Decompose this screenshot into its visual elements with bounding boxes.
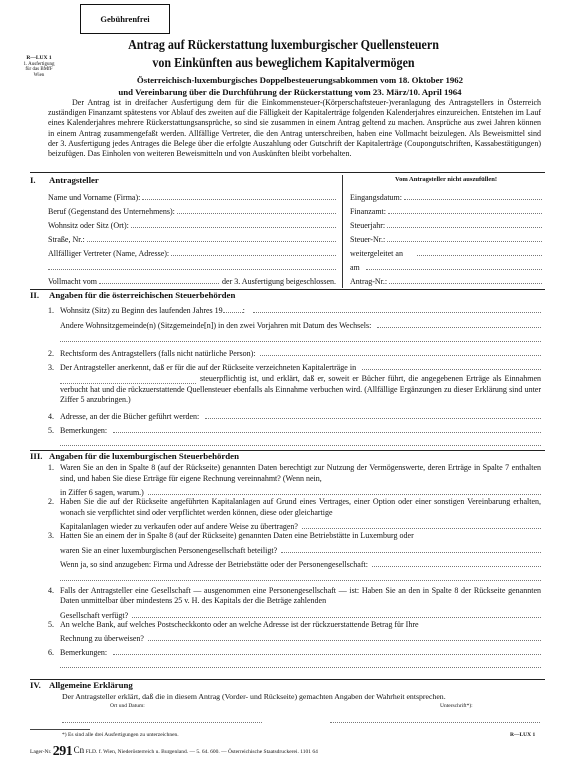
field-representative-cont[interactable] [48,258,336,272]
field-representative[interactable]: Allfälliger Vertreter (Name, Adresse): [48,244,336,258]
input-line[interactable] [281,552,541,553]
item-text: steuerpflichtig ist, und erklärt, daß er… [60,374,541,406]
field-occupation[interactable]: Beruf (Gegenstand des Unternehmens): [48,202,336,216]
item-label: Bemerkungen: [60,648,107,657]
imprint-line: Lager-Nr. 291 Cn FLD. f. Wien, Niederöst… [30,744,318,760]
item-number: 3. [48,363,60,372]
document-title: Antrag auf Rückerstattung luxemburgische… [40,38,528,54]
divider [30,172,545,173]
applicant-fields: Name und Vorname (Firma): Beruf (Gegenst… [48,188,336,286]
field-name[interactable]: Name und Vorname (Firma): [48,188,336,202]
field-label: Allfälliger Vertreter (Name, Adresse): [48,249,169,258]
item-label: waren Sie an einer luxemburgischen Perso… [60,546,277,555]
input-line[interactable] [60,667,541,668]
field-label: Eingangsdatum: [350,193,402,202]
document-subtitle-line-2: und Vereinbarung über die Durchführung d… [40,87,540,97]
section-3-body: 1. Waren Sie an den in Spalte 8 (auf der… [48,463,541,670]
signature-input[interactable] [330,722,540,723]
input-line[interactable] [48,269,336,270]
item-other-residence-cont[interactable] [48,330,541,344]
section-4-title: IV.Allgemeine Erklärung [30,680,133,690]
answer-3-details-cont[interactable] [60,569,541,583]
item-remarks-cont[interactable] [48,435,541,448]
footer-form-code: R—LUX 1 [510,732,535,738]
place-date-label: Ort und Datum: [110,703,145,709]
item-label: Bemerkungen: [60,426,107,435]
declaration-text: Der Antragsteller erklärt, daß die in di… [62,692,552,701]
input-line[interactable] [366,269,542,270]
input-line[interactable] [60,580,541,581]
stock-number: 291 [53,744,73,759]
question-4: 4. Falls der Antragsteller eine Gesellsc… [48,586,541,620]
field-label: Steuerjahr: [350,221,385,230]
input-line[interactable] [372,566,541,567]
instructions-paragraph: Der Antrag ist in dreifacher Ausfertigun… [48,98,541,159]
input-line[interactable] [388,213,542,214]
field-label: Antrag-Nr.: [350,277,387,286]
field-label: weitergeleitet an [350,249,403,258]
office-field-tax-number[interactable]: Steuer-Nr.: [350,230,542,244]
field-label: Finanzamt: [350,207,386,216]
question-2: 2. Haben Sie die auf der Rückseite angef… [48,497,541,531]
item-number: 6. [48,648,60,657]
office-field-date[interactable]: am [350,258,542,272]
section-1-number: I. [30,175,49,185]
instructions-text: Der Antrag ist in dreifacher Ausfertigun… [48,98,541,159]
item-label: Adresse, an der die Bücher geführt werde… [60,412,199,421]
input-line[interactable] [387,241,542,242]
item-label: Rechnung zu überweisen? [60,634,144,643]
office-field-tax-year[interactable]: Steuerjahr: [350,216,542,230]
input-line[interactable] [389,283,542,284]
country-input[interactable] [60,383,196,384]
fee-free-stamp: Gebührenfrei [80,4,170,34]
item-books-address[interactable]: 4.Adresse, an der die Bücher geführt wer… [48,406,541,421]
stock-number-suffix: Cn [74,745,85,755]
item-legal-form[interactable]: 2.Rechtsform des Antragstellers (falls n… [48,344,541,358]
year-input[interactable] [223,312,243,313]
input-line[interactable] [362,369,541,370]
item-text: An welche Bank, auf welches Postscheckko… [60,620,541,631]
answer-3[interactable]: waren Sie an einer luxemburgischen Perso… [60,542,541,555]
question-3: 3. Hatten Sie an einem der in Spalte 8 (… [48,531,541,583]
section-2-body: 1.Wohnsitz (Sitz) zu Beginn des laufende… [48,302,541,448]
input-line[interactable] [60,341,541,342]
section-2-number: II. [30,290,49,300]
input-line[interactable] [113,654,541,655]
document-title-line-2: von Einkünften aus beweglichem Kapitalve… [40,56,528,72]
field-label: Vollmacht vom [48,277,97,286]
input-line[interactable] [253,312,541,313]
question-1: 1. Waren Sie an den in Spalte 8 (auf der… [48,463,541,497]
item-number: 5. [48,426,60,435]
field-label: Wohnsitz oder Sitz (Ort): [48,221,129,230]
item-label: Der Antragsteller anerkennt, daß er für … [60,363,356,372]
section-3-number: III. [30,451,49,461]
item-residence-year[interactable]: 1.Wohnsitz (Sitz) zu Beginn des laufende… [48,302,541,315]
stamp-text: Gebührenfrei [100,14,149,24]
document-subtitle: Österreichisch-luxemburgisches Doppelbes… [60,75,540,85]
answer-2[interactable]: Kapitalanlagen wieder zu verkaufen oder … [60,518,541,531]
printer-imprint: FLD. f. Wien, Niederösterreich u. Burgen… [86,749,318,755]
input-line[interactable] [260,355,541,356]
item-number: 5. [48,620,60,644]
item-number: 4. [48,586,60,620]
office-field-forwarded[interactable]: weitergeleitet an [350,244,542,258]
section-3-heading: Angaben für die luxemburgischen Steuerbe… [49,451,239,461]
item-number: 2. [48,497,60,531]
field-label: am [350,263,360,272]
input-line[interactable] [99,283,219,284]
item-text: Falls der Antragsteller eine Gesellschaf… [60,586,541,607]
item-label: Rechtsform des Antragstellers (falls nic… [60,349,256,358]
signature-label: Unterschrift*): [440,703,473,709]
office-use-box: Vom Antragsteller nicht auszufüllen! Ein… [350,176,542,286]
item-remarks[interactable]: 5.Bemerkungen: [48,421,541,435]
section-2-heading: Angaben für die österreichischen Steuerb… [49,290,235,300]
input-line[interactable] [417,255,542,256]
section-1-heading: Antragsteller [49,175,99,185]
input-line[interactable] [148,640,541,641]
input-line[interactable] [113,432,541,433]
column-divider [342,175,343,288]
item-number: 2. [48,349,60,358]
item-label: Kapitalanlagen wieder zu verkaufen oder … [60,522,298,531]
item-text: Waren Sie an den in Spalte 8 (auf der Rü… [60,463,541,484]
item-number: 3. [48,531,60,583]
input-line[interactable] [131,227,336,228]
question-6-cont[interactable] [48,657,541,670]
section-4-number: IV. [30,680,49,690]
input-line[interactable] [87,241,336,242]
place-date-input[interactable] [62,722,262,723]
item-number: 4. [48,412,60,421]
item-number: 1. [48,463,60,497]
answer-5[interactable]: Rechnung zu überweisen? [60,630,541,643]
item-label: Wohnsitz (Sitz) zu Beginn des laufenden … [60,306,223,315]
field-label: Beruf (Gegenstand des Unternehmens): [48,207,175,216]
input-line[interactable] [60,445,541,446]
item-number: 1. [48,306,60,315]
input-line[interactable] [377,327,541,328]
answer-1[interactable]: in Ziffer 6 sagen, warum.) [60,484,541,497]
section-4-heading: Allgemeine Erklärung [49,680,133,690]
item-tax-liability-cont: steuerpflichtig ist, und erklärt, daß er… [48,374,541,406]
field-label-suffix: der 3. Ausfertigung beigeschlossen. [222,277,336,286]
footnote-rule [30,729,90,730]
section-2-title: II.Angaben für die österreichischen Steu… [30,290,235,300]
footnote: *) Es sind alle drei Ausfertigungen zu u… [62,732,179,738]
item-label: Gesellschaft verfügt? [60,611,128,620]
item-text: Hatten Sie an einem der in Spalte 8 (auf… [60,531,541,542]
question-6[interactable]: 6.Bemerkungen: [48,643,541,657]
item-other-residence[interactable]: Andere Wohnsitzgemeinde(n) (Sitzgemeinde… [48,315,541,330]
office-field-received[interactable]: Eingangsdatum: [350,188,542,202]
input-line[interactable] [148,494,541,495]
field-street[interactable]: Straße, Nr.: [48,230,336,244]
field-label: Name und Vorname (Firma): [48,193,140,202]
section-3-title: III.Angaben für die luxemburgischen Steu… [30,451,239,461]
input-line[interactable] [404,199,542,200]
office-field-tax-office[interactable]: Finanzamt: [350,202,542,216]
input-line[interactable] [205,418,541,419]
copy-line-3: Wien [14,73,64,79]
field-residence[interactable]: Wohnsitz oder Sitz (Ort): [48,216,336,230]
input-line[interactable] [171,255,336,256]
question-5: 5. An welche Bank, auf welches Postschec… [48,620,541,644]
field-power-of-attorney[interactable]: Vollmacht vomder 3. Ausfertigung beigesc… [48,272,336,286]
field-label: Steuer-Nr.: [350,235,385,244]
office-field-application-number[interactable]: Antrag-Nr.: [350,272,542,286]
answer-3-details[interactable]: Wenn ja, so sind anzugeben: Firma und Ad… [60,555,541,569]
input-line[interactable] [132,617,541,618]
office-use-title: Vom Antragsteller nicht auszufüllen! [350,176,542,188]
item-tax-liability[interactable]: 3.Der Antragsteller anerkennt, daß er fü… [48,358,541,372]
item-label: in Ziffer 6 sagen, warum.) [60,488,144,497]
item-label: Andere Wohnsitzgemeinde(n) (Sitzgemeinde… [60,321,371,330]
item-label: Wenn ja, so sind anzugeben: Firma und Ad… [60,560,368,569]
stock-number-label: Lager-Nr. [30,749,51,755]
section-1-title: I.Antragsteller [30,175,99,185]
input-line[interactable] [177,213,336,214]
field-label: Straße, Nr.: [48,235,85,244]
input-line[interactable] [387,227,542,228]
input-line[interactable] [142,199,336,200]
answer-4[interactable]: Gesellschaft verfügt? [60,607,541,620]
item-text: Haben Sie die auf der Rückseite angeführ… [60,497,541,518]
input-line[interactable] [302,528,541,529]
